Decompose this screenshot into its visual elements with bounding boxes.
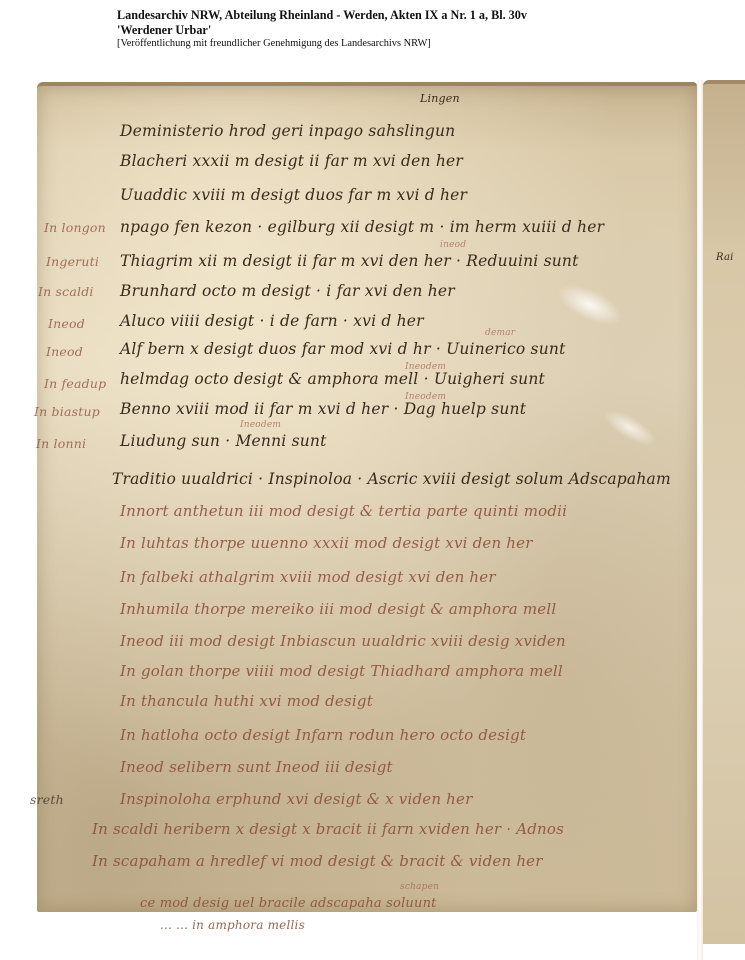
margin-note: sreth <box>30 792 64 807</box>
manuscript-line: In hatloha octo desigt Infarn rodun hero… <box>120 726 526 744</box>
manuscript-line: Deministerio hrod geri inpago sahslingun <box>120 122 455 140</box>
manuscript-line: Ineod selibern sunt Ineod iii desigt <box>120 758 393 776</box>
margin-note: Ineod <box>48 316 85 331</box>
manuscript-line: Inspinoloha erphund xvi desigt & x viden… <box>120 790 472 808</box>
caption-subtitle: 'Werdener Urbar' <box>117 23 527 37</box>
manuscript-line: In thancula huthi xvi mod desigt <box>120 692 373 710</box>
manuscript-line: Traditio uualdrici · Inspinoloa · Ascric… <box>112 470 671 488</box>
manuscript-line: Inhumila thorpe mereiko iii mod desigt &… <box>120 600 556 618</box>
margin-note: Ineod <box>46 344 83 359</box>
interlinear-gloss: Ineodem <box>405 362 446 372</box>
interlinear-gloss: schapen <box>400 882 439 892</box>
margin-note: Ingeruti <box>46 254 99 269</box>
manuscript-line: Brunhard octo m desigt · i far xvi den h… <box>120 282 455 300</box>
manuscript-line: helmdag octo desigt & amphora mell · Uui… <box>120 370 545 388</box>
manuscript-line: In falbeki athalgrim xviii mod desigt xv… <box>120 568 496 586</box>
manuscript-line: Innort anthetun iii mod desigt & tertia … <box>120 502 567 520</box>
margin-note: In lonni <box>36 436 86 451</box>
manuscript-line: Benno xviii mod ii far m xvi d her · Dag… <box>120 400 526 418</box>
manuscript-leaf-right <box>703 80 745 944</box>
manuscript-line: In scaldi heribern x desigt x bracit ii … <box>92 820 564 838</box>
manuscript-line: Aluco viiii desigt · i de farn · xvi d h… <box>120 312 424 330</box>
margin-note: In biastup <box>34 404 100 419</box>
manuscript-leaf-left <box>37 82 697 912</box>
manuscript-line: Ineod iii mod desigt Inbiascun uualdric … <box>120 632 566 650</box>
caption-credit: [Veröffentlichung mit freundlicher Geneh… <box>117 37 527 51</box>
manuscript-line: In golan thorpe viiii mod desigt Thiadha… <box>120 662 563 680</box>
manuscript-line: Liudung sun · Menni sunt <box>120 432 327 450</box>
manuscript-scan: Lingen Rai Deministerio hrod geri inpago… <box>0 62 745 960</box>
archive-caption: Landesarchiv NRW, Abteilung Rheinland - … <box>117 8 527 51</box>
manuscript-line: Uuaddic xviii m desigt duos far m xvi d … <box>120 186 467 204</box>
manuscript-line: In scapaham a hredlef vi mod desigt & br… <box>92 852 543 870</box>
margin-note: In scaldi <box>38 284 94 299</box>
caption-title: Landesarchiv NRW, Abteilung Rheinland - … <box>117 8 527 23</box>
margin-note: In longon <box>44 220 106 235</box>
manuscript-line: Blacheri xxxii m desigt ii far m xvi den… <box>120 152 463 170</box>
manuscript-line: Alf bern x desigt duos far mod xvi d hr … <box>120 340 566 358</box>
manuscript-line: Thiagrim xii m desigt ii far m xvi den h… <box>120 252 579 270</box>
interlinear-gloss: Ineodem <box>240 420 281 430</box>
interlinear-gloss: demar <box>485 328 515 338</box>
interlinear-gloss: Ineodem <box>405 392 446 402</box>
margin-note: In feadup <box>44 376 106 391</box>
right-page-fragment: Rai <box>716 252 734 263</box>
folio-heading: Lingen <box>420 92 460 105</box>
manuscript-line: In luhtas thorpe uuenno xxxii mod desigt… <box>120 534 533 552</box>
interlinear-gloss: ineod <box>440 240 466 250</box>
manuscript-line: npago fen kezon · egilburg xii desigt m … <box>120 218 604 236</box>
manuscript-line: ... ... in amphora mellis <box>160 918 305 932</box>
manuscript-line: ce mod desig uel bracile adscapaha soluu… <box>140 896 437 911</box>
